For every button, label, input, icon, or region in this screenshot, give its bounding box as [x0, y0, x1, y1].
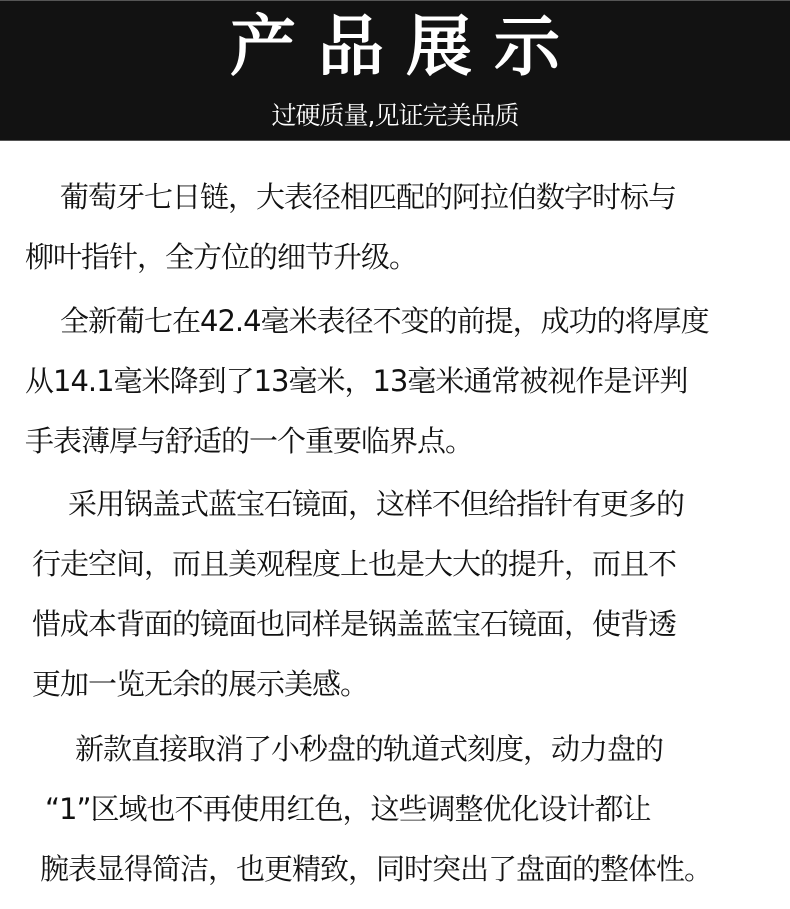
paragraph-4-line-1: 新款直接取消了小秒盘的轨道式刻度，动力盘的	[75, 729, 663, 769]
paragraph-2-line-1: 全新葡七在42.4毫米表径不变的前提，成功的将厚度	[60, 301, 709, 341]
paragraph-3-line-2: 行走空间，而且美观程度上也是大大的提升，而且不	[32, 544, 676, 584]
paragraph-3-line-3: 惜成本背面的镜面也同样是锅盖蓝宝石镜面，使背透	[32, 604, 676, 644]
paragraph-4-line-2: “1”区域也不再使用红色，这些调整优化设计都让	[45, 789, 651, 829]
paragraph-2-line-3: 手表薄厚与舒适的一个重要临界点。	[25, 421, 473, 461]
header-banner: 产品展示 过硬质量,见证完美品质	[0, 0, 790, 141]
paragraph-1-line-1: 葡萄牙七日链，大表径相匹配的阿拉伯数字时标与	[60, 177, 676, 217]
paragraph-1-line-2: 柳叶指针，全方位的细节升级。	[25, 237, 417, 277]
banner-title: 产品展示	[0, 7, 790, 87]
paragraph-3-line-1: 采用锅盖式蓝宝石镜面，这样不但给指针有更多的	[68, 484, 684, 524]
banner-subtitle: 过硬质量,见证完美品质	[0, 99, 790, 133]
paragraph-4-line-3: 腕表显得简洁，也更精致，同时突出了盘面的整体性。	[40, 849, 712, 889]
paragraph-2-line-2: 从14.1毫米降到了13毫米，13毫米通常被视作是评判	[25, 361, 687, 401]
paragraph-3-line-4: 更加一览无余的展示美感。	[32, 664, 368, 704]
